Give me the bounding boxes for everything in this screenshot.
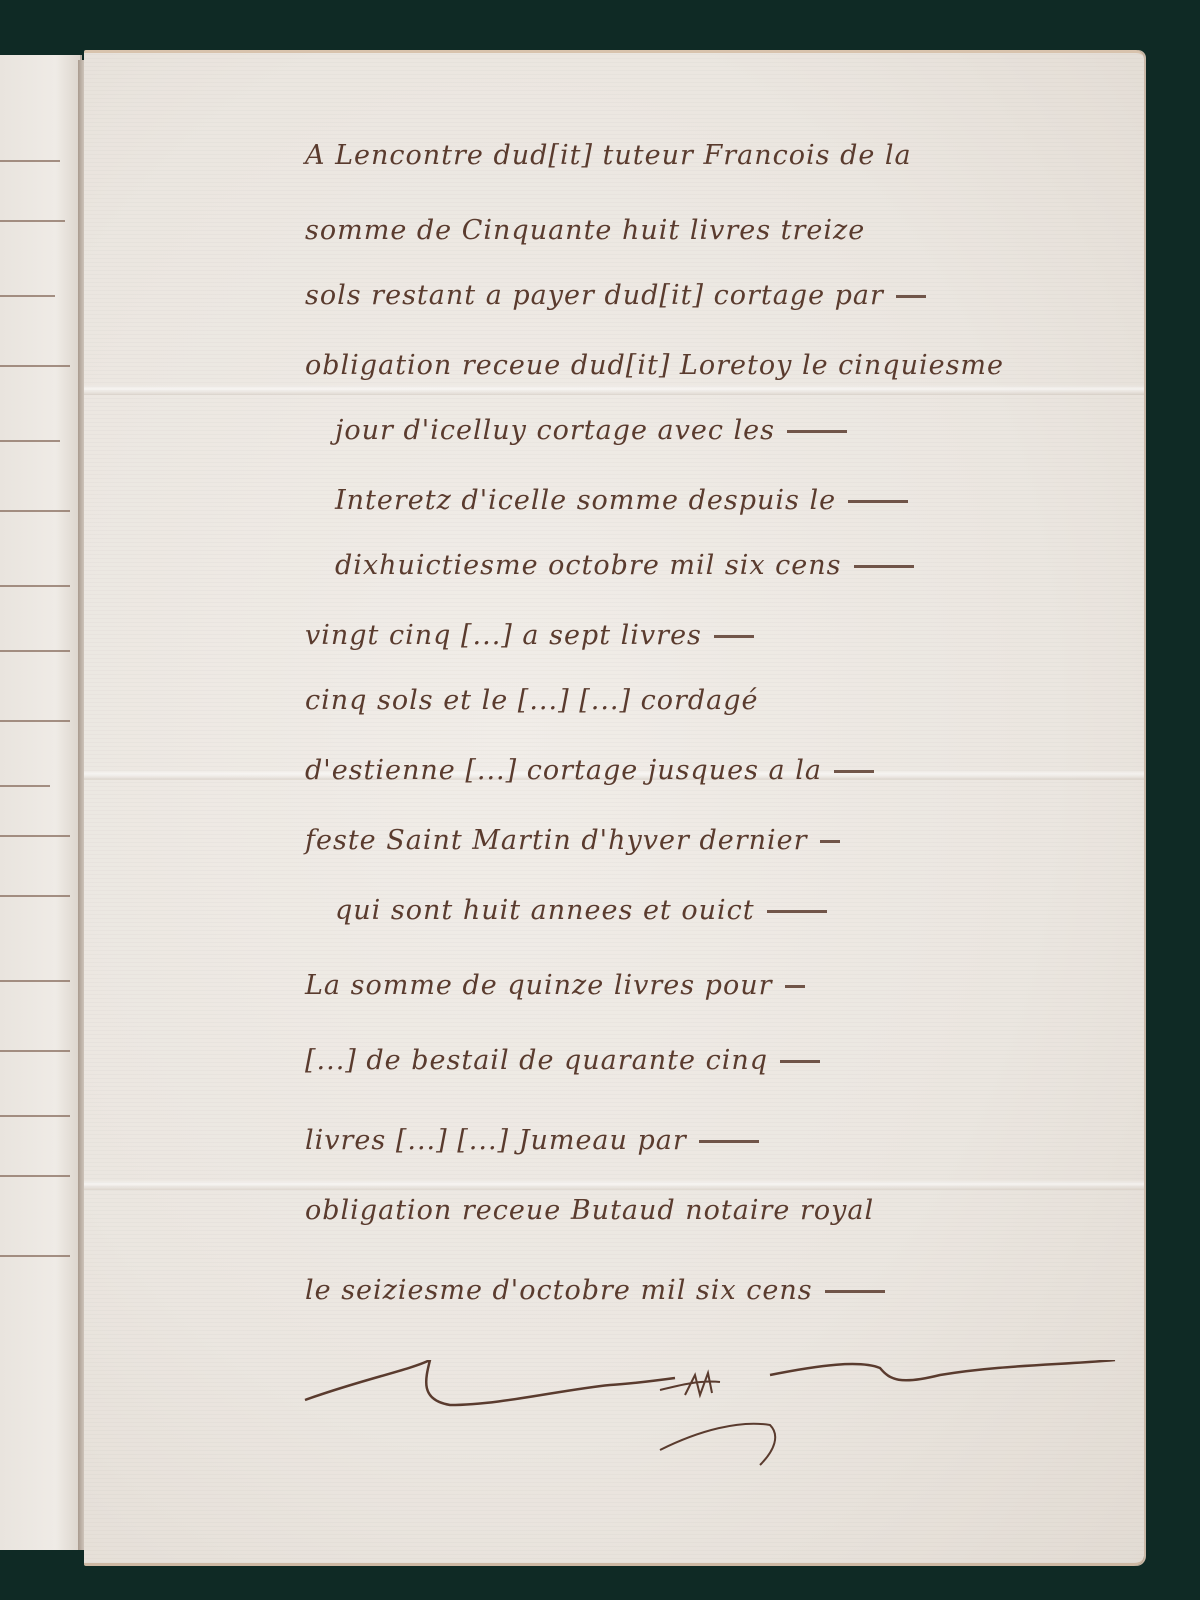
text-line: obligation receue dud[it] Loretoy le cin… — [305, 350, 1004, 410]
line-end-rule — [0, 585, 70, 587]
text-line: qui sont huit annees et ouict — [335, 895, 827, 955]
line-end-rule — [0, 510, 70, 512]
text-line: [...] de bestail de quarante cinq — [305, 1045, 820, 1105]
line-end-rule — [0, 220, 65, 222]
line-end-rule — [0, 720, 70, 722]
line-end-rule — [0, 365, 70, 367]
line-end-rule — [0, 835, 70, 837]
line-end-rule — [0, 1255, 70, 1257]
line-end-rule — [0, 295, 55, 297]
text-line: somme de Cinquante huit livres treize — [305, 215, 865, 275]
line-end-rule — [0, 785, 50, 787]
line-end-rule — [0, 650, 70, 652]
line-end-rule — [0, 895, 70, 897]
signature-flourish — [300, 1360, 1120, 1480]
line-end-rule — [0, 980, 70, 982]
text-line: dixhuictiesme octobre mil six cens — [335, 550, 914, 610]
text-line: livres [...] [...] Jumeau par — [305, 1125, 759, 1185]
line-end-rule — [0, 440, 60, 442]
text-line: vingt cinq [...] a sept livres — [305, 620, 754, 680]
text-line: d'estienne [...] cortage jusques a la — [305, 755, 874, 815]
text-line: feste Saint Martin d'hyver dernier — [305, 825, 840, 885]
text-line: sols restant a payer dud[it] cortage par — [305, 280, 926, 340]
line-end-rule — [0, 1050, 70, 1052]
text-line: Interetz d'icelle somme despuis le — [335, 485, 908, 545]
line-end-rule — [0, 1175, 70, 1177]
text-line: jour d'icelluy cortage avec les — [335, 415, 847, 475]
text-line: A Lencontre dud[it] tuteur Francois de l… — [305, 140, 912, 200]
text-line: La somme de quinze livres pour — [305, 970, 805, 1030]
facing-page-left — [0, 55, 82, 1550]
text-line: obligation receue Butaud notaire royal — [305, 1195, 874, 1255]
line-end-rule — [0, 1115, 70, 1117]
line-end-rule — [0, 160, 60, 162]
text-line: cinq sols et le [...] [...] cordagé — [305, 685, 759, 745]
text-line: le seiziesme d'octobre mil six cens — [305, 1275, 885, 1335]
